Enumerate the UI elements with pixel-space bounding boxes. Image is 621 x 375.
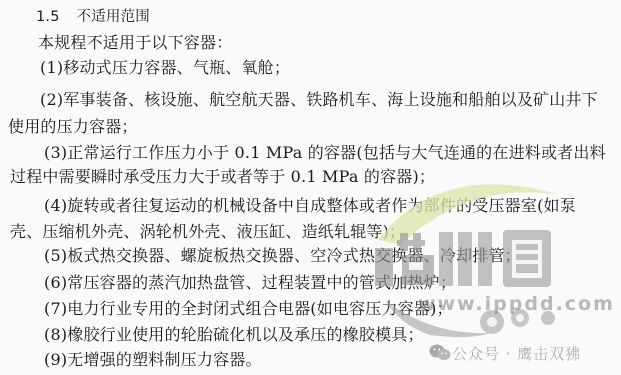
list-item-6: (6)常压容器的蒸汽加热盘管、过程装置中的管式加热炉；	[44, 273, 456, 293]
list-item-2-continued: 使用的压力容器；	[8, 117, 138, 137]
list-item-2: (2)军事装备、核设施、航空航天器、铁路机车、海上设施和船舶以及矿山井下	[40, 90, 598, 110]
list-item-1: (1)移动式压力容器、气瓶、氧舱；	[40, 58, 290, 78]
list-item-3: (3)正常运行工作压力小于 0.1 MPa 的容器(包括与大气连通的在进料或者出…	[44, 143, 606, 163]
list-item-7: (7)电力行业专用的全封闭式组合电器(如电容压力容器)；	[44, 299, 453, 319]
list-item-4-continued: 壳、压缩机外壳、涡轮机外壳、液压缸、造纸轧辊等)；	[10, 222, 405, 242]
list-item-5: (5)板式热交换器、螺旋板热交换器、空冷式热交换器、冷却排管；	[44, 246, 521, 266]
list-item-9: (9)无增强的塑料制压力容器。	[44, 350, 262, 370]
list-item-4: (4)旋转或者往复运动的机械设备中自成整体或者作为部件的受压器室(如泵	[44, 196, 576, 216]
section-heading: 1.5 不适用范围	[36, 7, 150, 27]
section-title: 不适用范围	[76, 9, 150, 25]
section-number: 1.5	[36, 9, 60, 25]
list-item-3-continued: 过程中需要瞬时承受压力大于或者等于 0.1 MPa 的容器)；	[10, 167, 435, 187]
list-item-8: (8)橡胶行业使用的轮胎硫化机以及承压的橡胶模具；	[44, 325, 424, 345]
intro-paragraph: 本规程不适用于以下容器：	[38, 33, 232, 53]
document-page: 1.5 不适用范围 本规程不适用于以下容器： (1)移动式压力容器、气瓶、氧舱；…	[0, 0, 621, 375]
